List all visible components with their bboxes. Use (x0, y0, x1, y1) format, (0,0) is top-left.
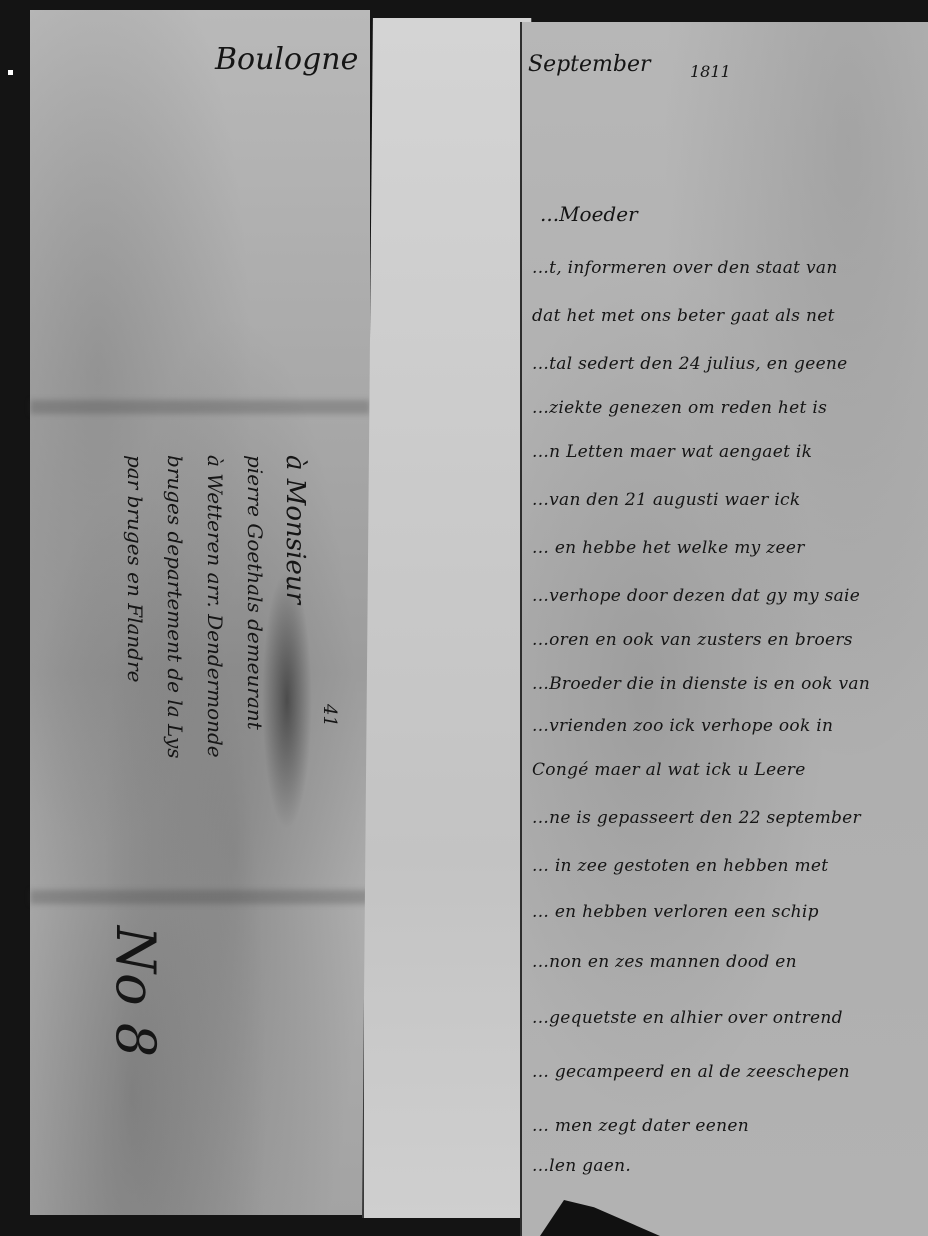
body-line: ...verhope door dezen dat gy my saie (532, 586, 860, 606)
address-line: pierre Goethals demeurant (235, 455, 275, 875)
address-line: bruges departement de la Lys (155, 455, 195, 875)
body-line: ...van den 21 augusti waer ick (532, 490, 800, 510)
postmark-number: 41 (319, 704, 340, 727)
body-line: ...ne is gepasseert den 22 september (532, 808, 861, 828)
body-line: ...tal sedert den 24 julius, en geene (532, 354, 848, 374)
address-line: à Monsieur (275, 455, 315, 875)
address-block: à Monsieur pierre Goethals demeurant à W… (85, 455, 315, 875)
place-heading: Boulogne (215, 42, 358, 77)
body-line: ... in zee gestoten en hebben met (532, 856, 828, 876)
body-line: dat het met ons beter gaat als net (532, 306, 835, 326)
body-line: ... gecampeerd en al de zeeschepen (532, 1062, 850, 1082)
folded-flap (362, 18, 544, 1218)
body-line: ...Broeder die in dienste is en ook van (532, 674, 870, 694)
folio-number: No 8 (104, 926, 167, 1057)
body-line: ...len gaen. (532, 1156, 631, 1176)
salutation: ...Moeder (540, 202, 638, 226)
address-line: à Wetteren arr. Dendermonde (195, 455, 235, 875)
fold-crease (30, 890, 370, 904)
speck (8, 70, 13, 75)
body-line: ... men zegt dater eenen (532, 1116, 749, 1136)
address-line: par bruges en Flandre (115, 455, 155, 875)
date-year: 1811 (690, 62, 731, 81)
body-line: ...oren en ook van zusters en broers (532, 630, 853, 650)
body-line: ... en hebben verloren een schip (532, 902, 819, 922)
body-line: ...gequetste en alhier over ontrend (532, 1008, 843, 1028)
body-line: ...ziekte genezen om reden het is (532, 398, 827, 418)
body-line: ...vrienden zoo ick verhope ook in (532, 716, 833, 736)
body-line: ...t, informeren over den staat van (532, 258, 838, 278)
fold-crease (30, 400, 370, 414)
body-line: ... en hebbe het welke my zeer (532, 538, 805, 558)
body-line: ...n Letten maer wat aengaet ik (532, 442, 812, 462)
body-line: Congé maer al wat ick u Leere (532, 760, 806, 780)
body-line: ...non en zes mannen dood en (532, 952, 797, 972)
date-month: September (528, 52, 651, 77)
